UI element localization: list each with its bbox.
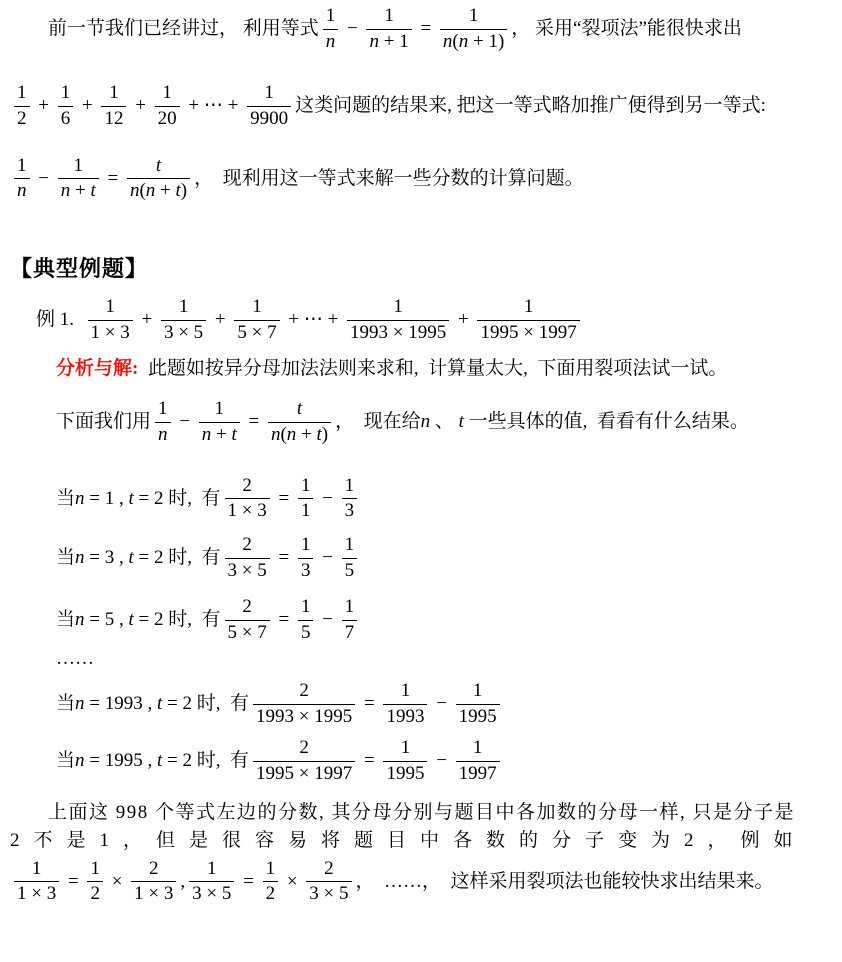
math-run: + <box>137 309 157 330</box>
fraction: 16 <box>58 83 74 130</box>
fraction-denominator: 3 × 5 <box>161 321 206 344</box>
fraction-denominator: 5 × 7 <box>225 621 270 644</box>
math-variable: n <box>75 609 85 630</box>
fraction: 13 × 5 <box>161 297 206 344</box>
fraction: 15 <box>298 597 314 644</box>
fraction-denominator: 6 <box>58 107 74 130</box>
math-variable: n <box>75 547 85 568</box>
math-text: = <box>238 870 258 891</box>
fraction-numerator: 2 <box>131 859 176 883</box>
fraction-numerator: 1 <box>234 297 279 321</box>
fraction-denominator: 12 <box>101 107 126 130</box>
math-run: = <box>244 411 264 432</box>
math-text: − <box>431 750 451 771</box>
math-text: 1 <box>32 858 42 879</box>
text-run: 时, 有 <box>163 547 220 568</box>
analysis-label: 分析与解: <box>56 358 138 379</box>
math-text: + 1 <box>379 31 409 52</box>
fraction-numerator: 1 <box>189 859 234 883</box>
math-text: + <box>296 424 316 445</box>
math-text: 1993 <box>386 706 424 727</box>
math-run: = <box>274 547 294 568</box>
math-text: = 1993 , <box>85 692 157 713</box>
intro-line-2: 12 + 16 + 112 + 120 + ⋯ + 19900这类问题的结果来,… <box>10 83 832 130</box>
math-run: + <box>453 309 473 330</box>
math-text: 2 <box>242 475 252 496</box>
math-text: = 2 <box>134 609 164 630</box>
math-text: 7 <box>345 622 355 643</box>
math-text: × <box>282 870 302 891</box>
fraction-denominator: n + t <box>58 179 99 202</box>
math-text: 1 × 3 <box>91 322 130 343</box>
math-text: 3 <box>345 500 355 521</box>
fraction: 11997 <box>456 738 500 785</box>
math-text: 1993 × 1995 <box>256 706 352 727</box>
fraction: 15 × 7 <box>234 297 279 344</box>
math-variable: n <box>158 424 168 445</box>
math-text: 2 <box>266 883 276 904</box>
math-text: + <box>77 95 97 116</box>
math-text: × <box>107 870 127 891</box>
math-text: 1 × 3 <box>228 500 267 521</box>
math-text: 5 <box>345 560 355 581</box>
math-text: = <box>274 609 294 630</box>
fraction: 12 <box>263 859 279 906</box>
fraction-numerator: 1 <box>263 859 279 883</box>
fraction-denominator: 2 <box>87 882 103 905</box>
math-run: + <box>77 95 97 116</box>
math-text: 1 <box>393 296 403 317</box>
fraction: 1n <box>155 399 171 446</box>
fraction: 1n + t <box>58 156 99 203</box>
math-text: + <box>155 180 175 201</box>
math-variable: t <box>297 398 302 419</box>
math-text: 2 <box>299 680 309 701</box>
math-text: + 1) <box>468 31 504 52</box>
fraction: 1n <box>323 6 339 53</box>
fraction-numerator: 1 <box>440 6 507 30</box>
math-text: 1 <box>473 680 483 701</box>
text-run: 当 <box>56 750 75 771</box>
math-variable: n <box>202 424 212 445</box>
math-run: n = 1 , t = 2 <box>75 487 163 508</box>
math-variable: n <box>130 180 140 201</box>
fraction-denominator: 7 <box>342 621 358 644</box>
math-variable: n <box>326 31 336 52</box>
math-text: 1 <box>266 858 276 879</box>
fraction-denominator: 5 × 7 <box>234 321 279 344</box>
fraction: 19900 <box>247 83 291 130</box>
text-run: 当 <box>56 609 75 630</box>
math-text: 3 × 5 <box>228 560 267 581</box>
fraction-denominator: n <box>14 179 30 202</box>
math-text: 1 <box>301 534 311 555</box>
math-text: = 3 , <box>85 547 129 568</box>
fraction-denominator: 1 × 3 <box>131 882 176 905</box>
math-text: , <box>180 870 185 891</box>
closing-line-2: 2不是1，但是很容易将题目中各数的分子变为2，例如 <box>10 829 832 854</box>
text-run: 这类问题的结果来, 把这一等式略加推广便得到另一等式: <box>295 95 766 116</box>
math-text: + <box>34 95 54 116</box>
math-text: 2 <box>149 858 159 879</box>
math-variable: t <box>90 180 95 201</box>
fraction-numerator: 1 <box>298 476 314 500</box>
math-text: 1997 <box>459 763 497 784</box>
text-run: 例 1. <box>36 309 84 330</box>
math-run: − <box>175 411 195 432</box>
math-variable: n <box>443 31 453 52</box>
fraction-denominator: 1997 <box>456 762 500 785</box>
fraction-numerator: 1 <box>342 597 358 621</box>
fraction: 11993 <box>383 681 427 728</box>
math-variable: n <box>75 692 85 713</box>
math-run: × <box>107 870 127 891</box>
fraction: 13 × 5 <box>189 859 234 906</box>
text-run: 时, 有 <box>163 609 220 630</box>
math-text: 9900 <box>250 108 288 129</box>
math-run: − <box>317 487 337 508</box>
math-text: 1 <box>345 534 355 555</box>
math-text: = <box>244 411 264 432</box>
math-text: 1 <box>17 82 27 103</box>
text-run: 下面我们用 <box>56 411 151 432</box>
math-run: = <box>359 750 379 771</box>
math-text: 1 <box>345 596 355 617</box>
fraction: 1n <box>14 156 30 203</box>
math-text: 1 × 3 <box>134 883 173 904</box>
math-text: = <box>63 870 83 891</box>
fraction-denominator: 1993 × 1995 <box>347 321 449 344</box>
case-n5-line: 当n = 5 , t = 2 时, 有25 × 7 = 15 − 17 <box>10 597 832 644</box>
math-text: = 2 <box>162 692 192 713</box>
fraction-numerator: 1 <box>14 156 30 180</box>
math-text: 1 <box>301 475 311 496</box>
math-text: 1 <box>214 398 224 419</box>
math-text: 1 <box>252 296 262 317</box>
math-text: 1 <box>401 737 411 758</box>
fraction: 112 <box>101 83 126 130</box>
intro-line-3: 1n − 1n + t = tn(n + t)， 现利用这一等式来解一些分数的计… <box>10 156 832 203</box>
fraction-numerator: 1 <box>58 83 74 107</box>
fraction-numerator: 1 <box>155 83 180 107</box>
fraction-numerator: 1 <box>88 297 133 321</box>
text-run: 前一节我们已经讲过， 利用等式 <box>48 18 319 39</box>
fraction: 12 <box>87 859 103 906</box>
fraction-numerator: 2 <box>306 859 351 883</box>
math-text: 1 <box>207 858 217 879</box>
fraction-denominator: n(n + 1) <box>440 30 507 53</box>
math-text: 1 <box>524 296 534 317</box>
fraction-denominator: 3 <box>342 499 358 522</box>
math-text: 1 <box>17 155 27 176</box>
text-run: ， 采用“裂项法”能很快求出 <box>511 18 742 39</box>
math-text: 1 <box>162 82 172 103</box>
fraction-denominator: 1 × 3 <box>225 499 270 522</box>
text-run: 时, 有 <box>192 750 249 771</box>
case-n1993-line: 当n = 1993 , t = 2 时, 有21993 × 1995 = 119… <box>10 681 832 728</box>
math-text: − <box>342 18 362 39</box>
math-text: + ⋯ + <box>284 309 343 330</box>
math-run: + <box>210 309 230 330</box>
fraction-numerator: 1 <box>101 83 126 107</box>
math-text: = <box>274 487 294 508</box>
fraction-denominator: n <box>323 30 339 53</box>
fraction-numerator: 1 <box>323 6 339 30</box>
analysis-text: 此题如按异分母加法法则来求和, 计算量太大, 下面用裂项法试一试。 <box>138 358 727 379</box>
math-text: 1995 × 1997 <box>256 763 352 784</box>
fraction-denominator: n(n + t) <box>127 179 190 202</box>
fraction: 120 <box>155 83 180 130</box>
text-run: ， ……， 这样采用裂项法也能较快求出结果来。 <box>356 870 774 891</box>
math-text: = <box>274 547 294 568</box>
fraction-numerator: 1 <box>14 83 30 107</box>
math-text: + <box>130 95 150 116</box>
math-text: − <box>431 692 451 713</box>
math-run: = <box>63 870 83 891</box>
math-run: + ⋯ + <box>184 95 243 116</box>
math-text: 1 <box>384 5 394 26</box>
fraction-denominator: 2 <box>263 882 279 905</box>
math-text: 5 <box>301 622 311 643</box>
fraction-numerator: 2 <box>225 476 270 500</box>
fraction-numerator: 2 <box>225 597 270 621</box>
fraction-numerator: 1 <box>155 399 171 423</box>
fraction-numerator: 1 <box>456 681 500 705</box>
fraction-denominator: 1995 <box>383 762 427 785</box>
fraction-denominator: n + t <box>199 423 240 446</box>
fraction-denominator: 1995 × 1997 <box>477 321 579 344</box>
text-run: 当 <box>56 547 75 568</box>
fraction: 13 <box>342 476 358 523</box>
math-text: = 2 <box>162 750 192 771</box>
math-run: n = 1995 , t = 2 <box>75 750 192 771</box>
fraction-numerator: 1 <box>342 476 358 500</box>
case-n1-line: 当n = 1 , t = 2 时, 有21 × 3 = 11 − 13 <box>10 476 832 523</box>
fraction-denominator: 1 × 3 <box>88 321 133 344</box>
fraction: 11993 × 1995 <box>347 297 449 344</box>
math-variable: t <box>231 424 236 445</box>
math-text: = 5 , <box>85 609 129 630</box>
math-text: 1 <box>469 5 479 26</box>
fraction: 17 <box>342 597 358 644</box>
math-run: + ⋯ + <box>284 309 343 330</box>
fraction: 12 <box>14 83 30 130</box>
math-run: − <box>34 167 54 188</box>
math-text: 2 <box>17 108 27 129</box>
fraction-denominator: 3 × 5 <box>189 882 234 905</box>
math-text: 1 <box>473 737 483 758</box>
math-text: 2 <box>324 858 334 879</box>
math-text: 3 <box>301 560 311 581</box>
ellipsis-line: …… <box>10 647 832 672</box>
fraction-numerator: 1 <box>199 399 240 423</box>
analysis-line: 分析与解: 此题如按异分母加法法则来求和, 计算量太大, 下面用裂项法试一试。 <box>10 357 832 382</box>
math-text: 2 <box>242 596 252 617</box>
fraction: 15 <box>342 535 358 582</box>
fraction-denominator: n <box>155 423 171 446</box>
closing-line-1: 上面这 998 个等式左边的分数, 其分母分别与题目中各加数的分母一样, 只是分… <box>10 801 832 826</box>
math-variable: n <box>146 180 156 201</box>
math-text: − <box>317 547 337 568</box>
math-text: 1 <box>326 5 336 26</box>
math-run: + <box>130 95 150 116</box>
math-text: 1995 × 1997 <box>480 322 576 343</box>
fraction-denominator: 5 <box>298 621 314 644</box>
math-text: 1 × 3 <box>17 883 56 904</box>
fraction: 23 × 5 <box>306 859 351 906</box>
math-text: + <box>137 309 157 330</box>
fraction-denominator: 1995 <box>456 705 500 728</box>
math-run: − <box>317 547 337 568</box>
math-text: 1 <box>345 475 355 496</box>
math-run: = <box>274 609 294 630</box>
fraction: 25 × 7 <box>225 597 270 644</box>
math-variable: n <box>287 424 297 445</box>
math-text: 1 <box>179 296 189 317</box>
fraction-denominator: 1993 × 1995 <box>253 705 355 728</box>
fraction-numerator: 2 <box>253 738 355 762</box>
math-run: , <box>180 870 185 891</box>
fraction-numerator: 1 <box>87 859 103 883</box>
math-variable: n <box>459 31 469 52</box>
fraction-denominator: 2 <box>14 107 30 130</box>
math-text: = <box>416 18 436 39</box>
math-text: 1 <box>158 398 168 419</box>
fraction-numerator: 1 <box>366 6 411 30</box>
fraction-denominator: 1995 × 1997 <box>253 762 355 785</box>
math-text: 1 <box>301 500 311 521</box>
text-run: ， 现在给 <box>335 411 421 432</box>
math-text: 1995 <box>386 763 424 784</box>
fraction: 21995 × 1997 <box>253 738 355 785</box>
math-run: × <box>282 870 302 891</box>
fraction: tn(n + t) <box>268 399 331 446</box>
fraction-numerator: 1 <box>456 738 500 762</box>
math-text: = 2 <box>134 487 164 508</box>
math-text: − <box>317 487 337 508</box>
math-run: n <box>421 411 431 432</box>
math-text: − <box>175 411 195 432</box>
fraction-numerator: 1 <box>477 297 579 321</box>
fraction: 21993 × 1995 <box>253 681 355 728</box>
text-run: 一些具体的值, 看看有什么结果。 <box>464 411 749 432</box>
fraction-numerator: t <box>127 156 190 180</box>
fraction-denominator: 3 × 5 <box>225 559 270 582</box>
fraction-numerator: 1 <box>383 738 427 762</box>
fraction-numerator: 1 <box>14 859 59 883</box>
math-run: − <box>431 750 451 771</box>
fraction-denominator: 1 × 3 <box>14 882 59 905</box>
math-text: ) <box>181 180 187 201</box>
math-run: = <box>274 487 294 508</box>
fraction-denominator: n(n + t) <box>268 423 331 446</box>
math-text: 1 <box>301 596 311 617</box>
fraction-denominator: 3 <box>298 559 314 582</box>
fraction: tn(n + t) <box>127 156 190 203</box>
text-run: ， 现利用这一等式来解一些分数的计算问题。 <box>194 167 584 188</box>
math-run: − <box>431 692 451 713</box>
math-text: = <box>359 692 379 713</box>
math-text: 1995 <box>459 706 497 727</box>
math-variable: n <box>75 487 85 508</box>
math-variable: n <box>17 180 27 201</box>
math-text: + <box>211 424 231 445</box>
text-run: 、 <box>430 411 459 432</box>
math-text: 3 × 5 <box>192 883 231 904</box>
math-text: 2 <box>299 737 309 758</box>
section-header: 【典型例题】 <box>10 252 832 283</box>
math-text: + ⋯ + <box>184 95 243 116</box>
fraction-numerator: 1 <box>383 681 427 705</box>
math-text: ) <box>322 424 328 445</box>
math-text: 1 <box>401 680 411 701</box>
fraction-denominator: 1 <box>298 499 314 522</box>
math-text: + <box>453 309 473 330</box>
fraction: 11995 <box>456 681 500 728</box>
math-text: 2 <box>242 534 252 555</box>
fraction-numerator: 1 <box>347 297 449 321</box>
fraction: 11995 <box>383 738 427 785</box>
math-run: n = 5 , t = 2 <box>75 609 163 630</box>
math-text: 1 <box>90 858 100 879</box>
math-run: = <box>238 870 258 891</box>
math-text: 6 <box>61 108 71 129</box>
fraction: 21 × 3 <box>131 859 176 906</box>
math-text: 1 <box>264 82 274 103</box>
math-text: 2 <box>90 883 100 904</box>
math-run: − <box>342 18 362 39</box>
fraction: 11 × 3 <box>88 297 133 344</box>
math-text: = <box>359 750 379 771</box>
math-text: 20 <box>158 108 177 129</box>
math-text: = 1995 , <box>85 750 157 771</box>
fraction-denominator: 5 <box>342 559 358 582</box>
math-run: − <box>317 609 337 630</box>
math-variable: n <box>61 180 71 201</box>
fraction-numerator: 2 <box>253 681 355 705</box>
text-run: 当 <box>56 692 75 713</box>
math-variable: n <box>421 411 431 432</box>
math-variable: n <box>75 750 85 771</box>
math-text: − <box>317 609 337 630</box>
math-text: + <box>210 309 230 330</box>
fraction: 23 × 5 <box>225 535 270 582</box>
math-text: 5 × 7 <box>237 322 276 343</box>
text-run: 当 <box>56 487 75 508</box>
fraction-denominator: n + 1 <box>366 30 411 53</box>
fraction: 11 × 3 <box>14 859 59 906</box>
fraction: 11995 × 1997 <box>477 297 579 344</box>
fraction-denominator: 1993 <box>383 705 427 728</box>
math-text: 1 <box>109 82 119 103</box>
math-text: 1 <box>73 155 83 176</box>
fraction-numerator: 2 <box>225 535 270 559</box>
text-run: 时, 有 <box>163 487 220 508</box>
math-run: = <box>103 167 123 188</box>
fraction: 1n + t <box>199 399 240 446</box>
intro-line-1: 前一节我们已经讲过， 利用等式1n − 1n + 1 = 1n(n + 1)， … <box>10 6 832 53</box>
math-text: = <box>103 167 123 188</box>
math-text: = 2 <box>134 547 164 568</box>
fraction-numerator: 1 <box>247 83 291 107</box>
case-n1995-line: 当n = 1995 , t = 2 时, 有21995 × 1997 = 119… <box>10 738 832 785</box>
math-text: 3 × 5 <box>164 322 203 343</box>
math-variable: n <box>369 31 379 52</box>
closing-line-3: 11 × 3 = 12 × 21 × 3,13 × 5 = 12 × 23 × … <box>10 859 832 906</box>
math-text: 1 <box>105 296 115 317</box>
math-text: + <box>70 180 90 201</box>
method-line: 下面我们用1n − 1n + t = tn(n + t)， 现在给n 、 t 一… <box>10 399 832 446</box>
